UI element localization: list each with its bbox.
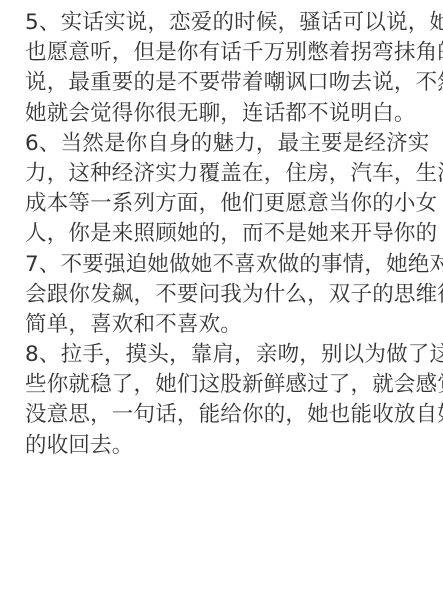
text-line: 也愿意听，但是你有话千万别憋着拐弯抹角的 [25, 38, 425, 68]
paragraph-5: 5、实话实说，恋爱的时候，骚话可以说，她 也愿意听，但是你有话千万别憋着拐弯抹角… [25, 8, 425, 129]
paragraph-8: 8、拉手，摸头，靠肩，亲吻，别以为做了这 些你就稳了，她们这股新鲜感过了，就会感… [25, 340, 425, 461]
text-line: 7、不要强迫她做她不喜欢做的事情，她绝对 [25, 250, 425, 280]
text-line: 力，这种经济实力覆盖在，住房，汽车，生活 [25, 159, 425, 189]
text-line: 会跟你发飙，不要问我为什么，双子的思维很 [25, 280, 425, 310]
text-line: 没意思，一句话，能给你的，她也能收放自如 [25, 400, 425, 430]
text-line: 成本等一系列方面，他们更愿意当你的小女 [25, 189, 425, 219]
text-line: 的收回去。 [25, 431, 425, 461]
text-line: 简单，喜欢和不喜欢。 [25, 310, 425, 340]
text-line: 人，你是来照顾她的，而不是她来开导你的 [25, 219, 425, 249]
text-line: 8、拉手，摸头，靠肩，亲吻，别以为做了这 [25, 340, 425, 370]
text-line: 些你就稳了，她们这股新鲜感过了，就会感觉 [25, 370, 425, 400]
article-body: 5、实话实说，恋爱的时候，骚话可以说，她 也愿意听，但是你有话千万别憋着拐弯抹角… [25, 8, 425, 461]
text-line: 她就会觉得你很无聊，连话都不说明白。 [25, 99, 425, 129]
paragraph-6: 6、当然是你自身的魅力，最主要是经济实 力，这种经济实力覆盖在，住房，汽车，生活… [25, 129, 425, 250]
text-line: 6、当然是你自身的魅力，最主要是经济实 [25, 129, 425, 159]
text-line: 5、实话实说，恋爱的时候，骚话可以说，她 [25, 8, 425, 38]
text-line: 说，最重要的是不要带着嘲讽口吻去说，不然 [25, 68, 425, 98]
paragraph-7: 7、不要强迫她做她不喜欢做的事情，她绝对 会跟你发飙，不要问我为什么，双子的思维… [25, 250, 425, 341]
